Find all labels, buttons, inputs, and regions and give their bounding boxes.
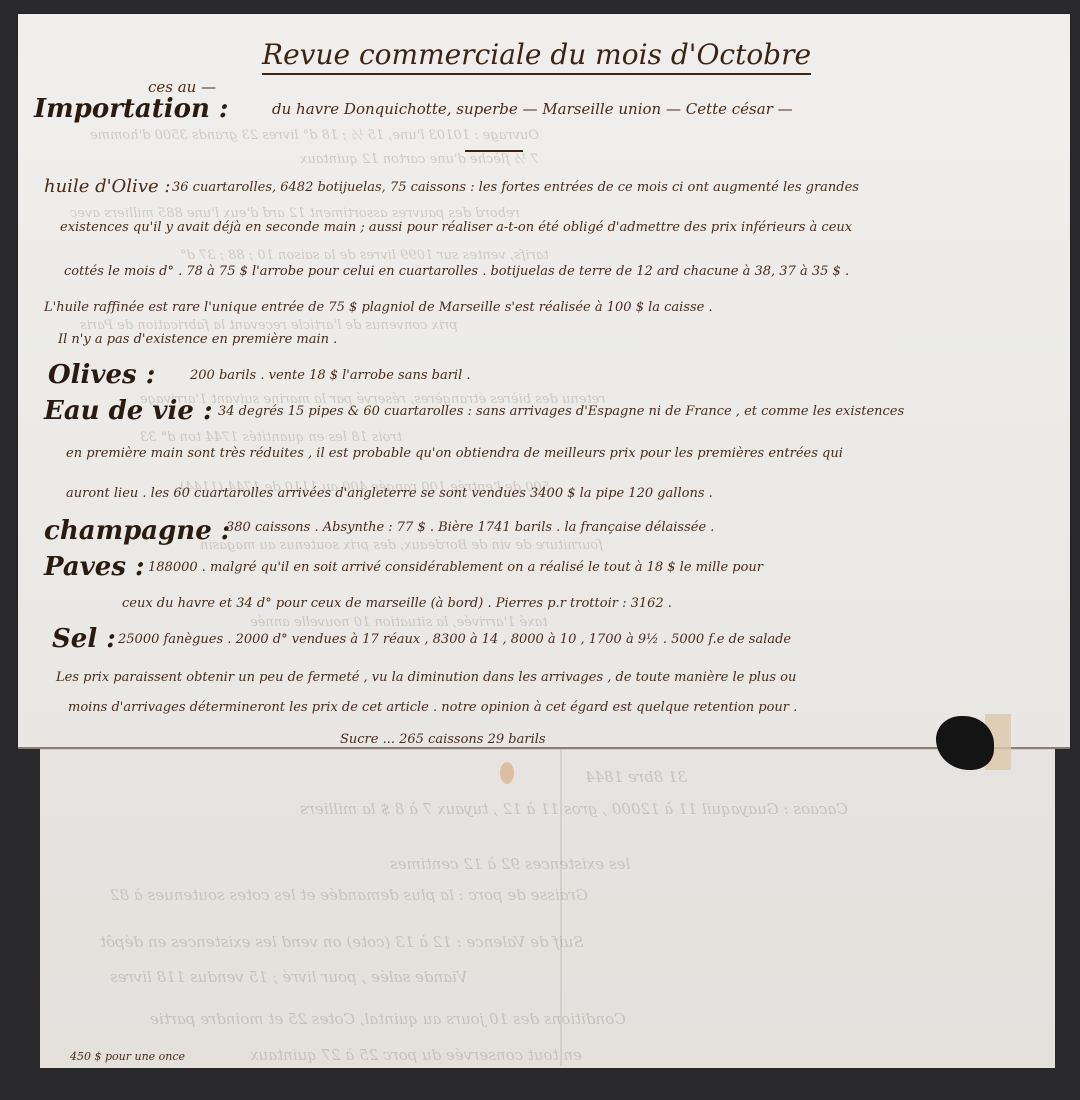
document-line-text: moins d'arrivages détermineront les prix… <box>68 700 797 715</box>
bleed-through-text: Cacaos : Guayaquil 11 à 12000 , gros 11 … <box>300 800 848 818</box>
bleed-through-text: en tout conservée du porc 25 à 27 quinta… <box>250 1046 582 1064</box>
bleed-through-text: prix convenus de l'article recevant la f… <box>80 318 458 333</box>
document-line-text: L'huile raffinée est rare l'unique entré… <box>44 300 713 315</box>
document-line-text: 188000 . malgré qu'il en soit arrivé con… <box>148 560 763 575</box>
bleed-through-text: trois 18 les en quantités 1744 ton d° 33 <box>140 430 402 445</box>
document-line-text: 34 degrés 15 pipes & 60 cuartarolles : s… <box>218 404 904 419</box>
document-line-text: Il n'y a pas d'existence en première mai… <box>58 332 337 347</box>
bleed-through-text: Viande salée , pour livré ; 15 vendus 11… <box>110 968 467 986</box>
bleed-through-text: 7 ½ flèche d'une carton 12 quintaux <box>300 152 539 167</box>
document-line-text: existences qu'il y avait déjà en seconde… <box>60 220 852 235</box>
section-heading-olives: Olives : <box>48 360 155 390</box>
bleed-through-text: Graisse de porc : la plus demandée et le… <box>110 886 588 904</box>
fold-line-horizontal <box>18 747 1070 749</box>
document-line-text: 25000 fanègues . 2000 d° vendues à 17 ré… <box>118 632 791 647</box>
section-heading-paves: Paves : <box>44 552 145 582</box>
document-line-text: 36 cuartarolles, 6482 botijuelas, 75 cai… <box>172 180 859 195</box>
document-line-text: cottés le mois d° . 78 à 75 $ l'arrobe p… <box>64 264 849 279</box>
document-line-text: 200 barils . vente 18 $ l'arrobe sans ba… <box>190 368 471 383</box>
document-line-text: ceux du havre et 34 d° pour ceux de mars… <box>122 596 672 611</box>
document-line-text: 380 caissons . Absynthe : 77 $ . Bière 1… <box>226 520 714 535</box>
section-heading-importation: Importation : <box>34 94 229 124</box>
bleed-through-text: Conditions des 10 jours au quintal, Cote… <box>150 1010 626 1028</box>
section-heading-sel: Sel : <box>52 624 116 654</box>
document-line-text: Les prix paraissent obtenir un peu de fe… <box>56 670 796 685</box>
bleed-through-text: tarifs, ventes sur 1099 livres de la sai… <box>180 248 549 263</box>
bleed-through-text: 31 8bre 1844 <box>585 768 687 786</box>
rust-stain <box>500 762 514 784</box>
bleed-through-text: Ouvrage : 10103 l'une, 15 ½ ; 18 d° livr… <box>90 128 539 143</box>
bleed-through-text: les existences 92 à 12 centimes <box>390 855 630 873</box>
bleed-through-text: Suif de Valence : 12 à 13 (cote) on vend… <box>100 933 584 951</box>
document-line-text: du havre Donquichotte, superbe — Marseil… <box>272 100 793 118</box>
section-heading-champagne: champagne : <box>44 516 230 546</box>
document-line-text: Sucre ... 265 caissons 29 barils <box>340 732 546 747</box>
bleed-through-text: rebord des pauvres assortiment 12 ard d'… <box>70 206 520 221</box>
section-heading-eau-de-vie: Eau de vie : <box>44 396 213 426</box>
bleed-through-text: fourniture de vin de Bordeaux, des prix … <box>200 538 603 553</box>
document-line-text: en première main sont très réduites , il… <box>66 446 843 461</box>
document-line-text: auront lieu . les 60 cuartarolles arrivé… <box>66 486 713 501</box>
section-divider <box>465 150 523 152</box>
section-heading-huile-olive: huile d'Olive : <box>44 176 170 197</box>
bleed-through-text: taxé 1'arrivée, la situation 10 nouvelle… <box>250 615 548 630</box>
page-title: Revue commerciale du mois d'Octobre <box>262 38 811 75</box>
corner-note: 450 $ pour une once <box>70 1050 185 1063</box>
